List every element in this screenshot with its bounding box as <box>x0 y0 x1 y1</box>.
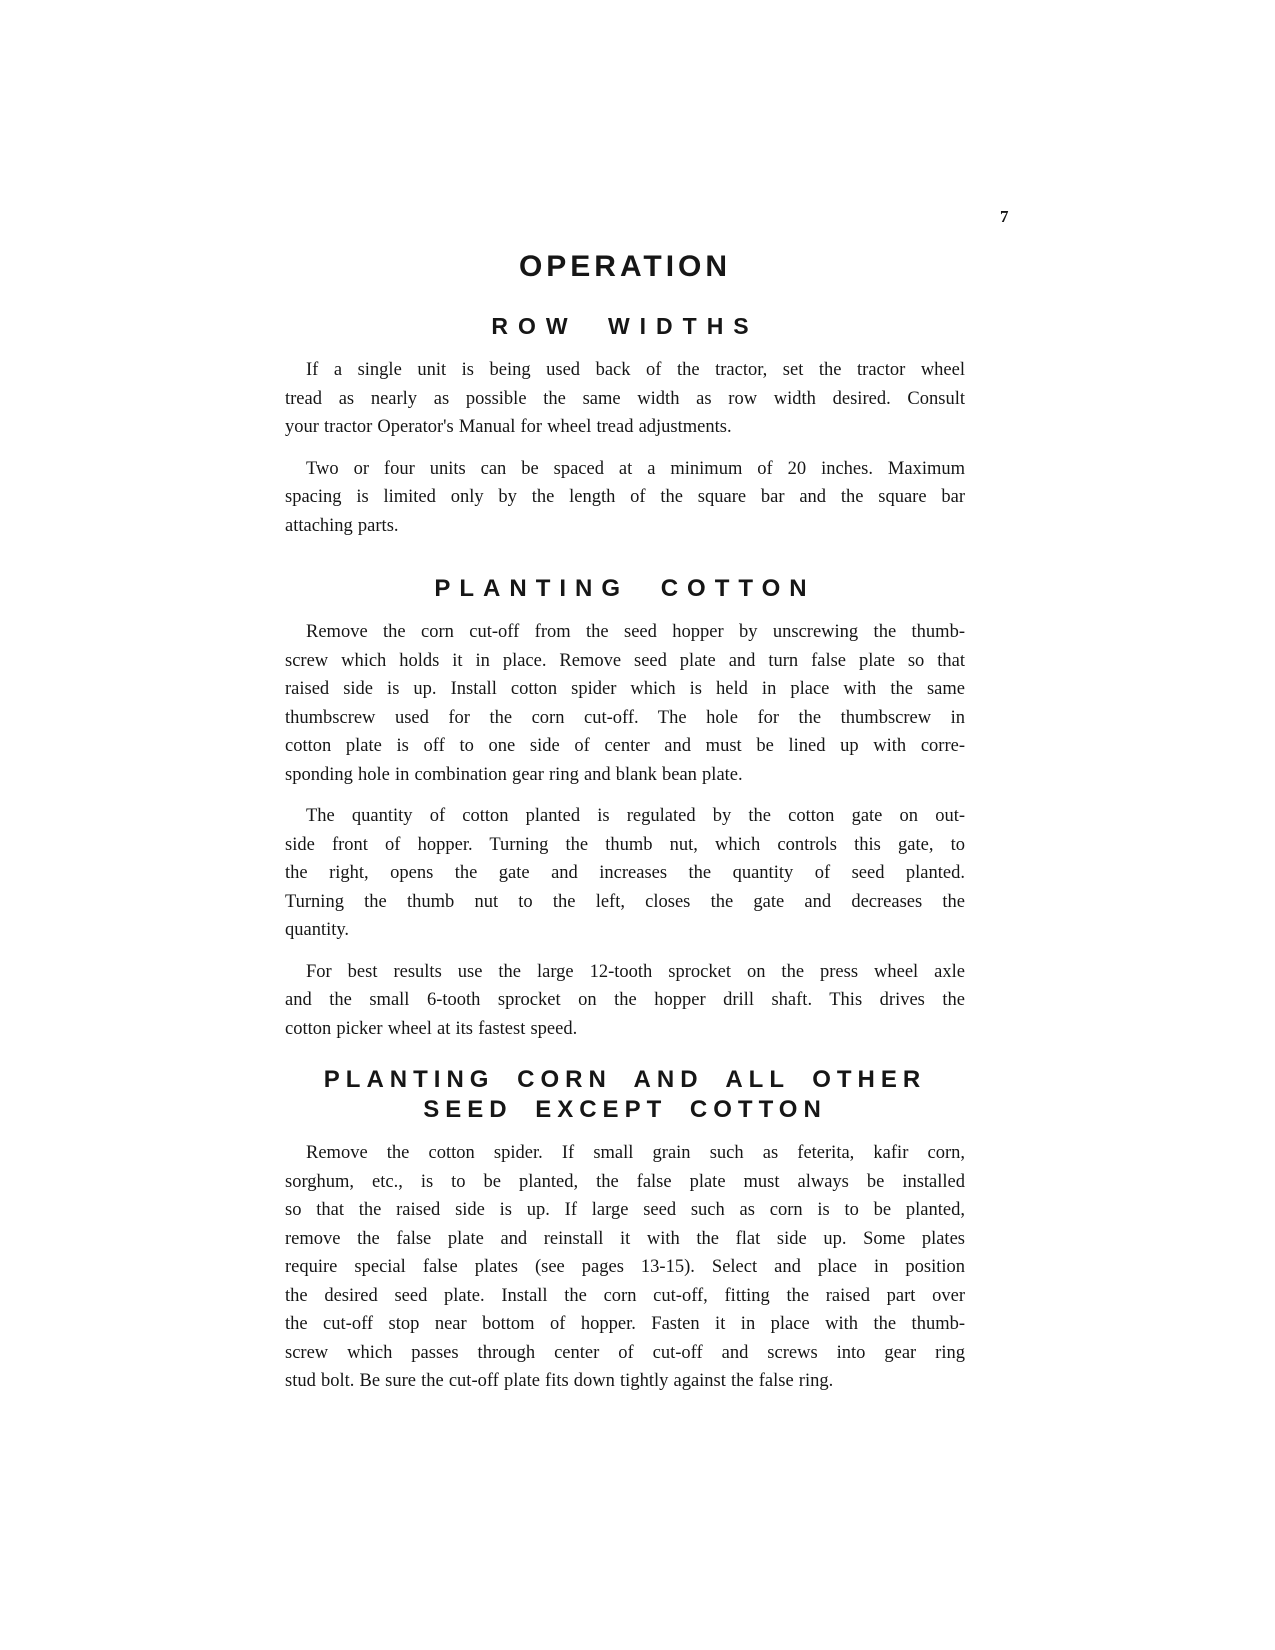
text-line: Turning the thumb nut to the left, close… <box>285 888 965 917</box>
text-line: stud bolt. Be sure the cut-off plate fit… <box>285 1367 965 1396</box>
heading-row-widths: ROW WIDTHS <box>285 312 965 340</box>
paragraph-planting-corn-1: Remove the cotton spider. If small grain… <box>285 1139 965 1396</box>
text-line: the desired seed plate. Install the corn… <box>285 1282 965 1311</box>
text-line: remove the false plate and reinstall it … <box>285 1225 965 1254</box>
heading-planting-corn: PLANTING CORN AND ALL OTHER SEED EXCEPT … <box>285 1065 965 1125</box>
heading-planting-corn-line-1: PLANTING CORN AND ALL OTHER <box>285 1065 965 1095</box>
text-line: raised side is up. Install cotton spider… <box>285 675 965 704</box>
text-line: quantity. <box>285 916 965 945</box>
text-line: sorghum, etc., is to be planted, the fal… <box>285 1168 965 1197</box>
text-line: cotton picker wheel at its fastest speed… <box>285 1015 965 1044</box>
text-line: tread as nearly as possible the same wid… <box>285 385 965 414</box>
text-line: your tractor Operator's Manual for wheel… <box>285 413 965 442</box>
text-line: Remove the cotton spider. If small grain… <box>285 1139 965 1168</box>
text-line: sponding hole in combination gear ring a… <box>285 761 965 790</box>
text-line: The quantity of cotton planted is regula… <box>285 802 965 831</box>
text-line: thumbscrew used for the corn cut-off. Th… <box>285 704 965 733</box>
text-line: attaching parts. <box>285 512 965 541</box>
paragraph-row-widths-2: Two or four units can be spaced at a min… <box>285 455 965 541</box>
page-content: OPERATION ROW WIDTHS If a single unit is… <box>285 250 965 1409</box>
text-line: the right, opens the gate and increases … <box>285 859 965 888</box>
text-line: spacing is limited only by the length of… <box>285 483 965 512</box>
text-line: If a single unit is being used back of t… <box>285 356 965 385</box>
text-line: side front of hopper. Turning the thumb … <box>285 831 965 860</box>
text-line: Remove the corn cut-off from the seed ho… <box>285 618 965 647</box>
manual-page: 7 OPERATION ROW WIDTHS If a single unit … <box>0 0 1275 1650</box>
text-line: screw which passes through center of cut… <box>285 1339 965 1368</box>
text-line: cotton plate is off to one side of cente… <box>285 732 965 761</box>
paragraph-planting-cotton-1: Remove the corn cut-off from the seed ho… <box>285 618 965 789</box>
heading-planting-cotton: PLANTING COTTON <box>285 574 965 604</box>
text-line: screw which holds it in place. Remove se… <box>285 647 965 676</box>
text-line: require special false plates (see pages … <box>285 1253 965 1282</box>
page-number: 7 <box>1000 207 1010 227</box>
text-line: the cut-off stop near bottom of hopper. … <box>285 1310 965 1339</box>
paragraph-row-widths-1: If a single unit is being used back of t… <box>285 356 965 442</box>
text-line: For best results use the large 12-tooth … <box>285 958 965 987</box>
paragraph-planting-cotton-2: The quantity of cotton planted is regula… <box>285 802 965 945</box>
heading-planting-corn-line-2: SEED EXCEPT COTTON <box>285 1095 965 1125</box>
text-line: and the small 6-tooth sprocket on the ho… <box>285 986 965 1015</box>
text-line: so that the raised side is up. If large … <box>285 1196 965 1225</box>
paragraph-planting-cotton-3: For best results use the large 12-tooth … <box>285 958 965 1044</box>
page-title: OPERATION <box>285 250 965 284</box>
text-line: Two or four units can be spaced at a min… <box>285 455 965 484</box>
